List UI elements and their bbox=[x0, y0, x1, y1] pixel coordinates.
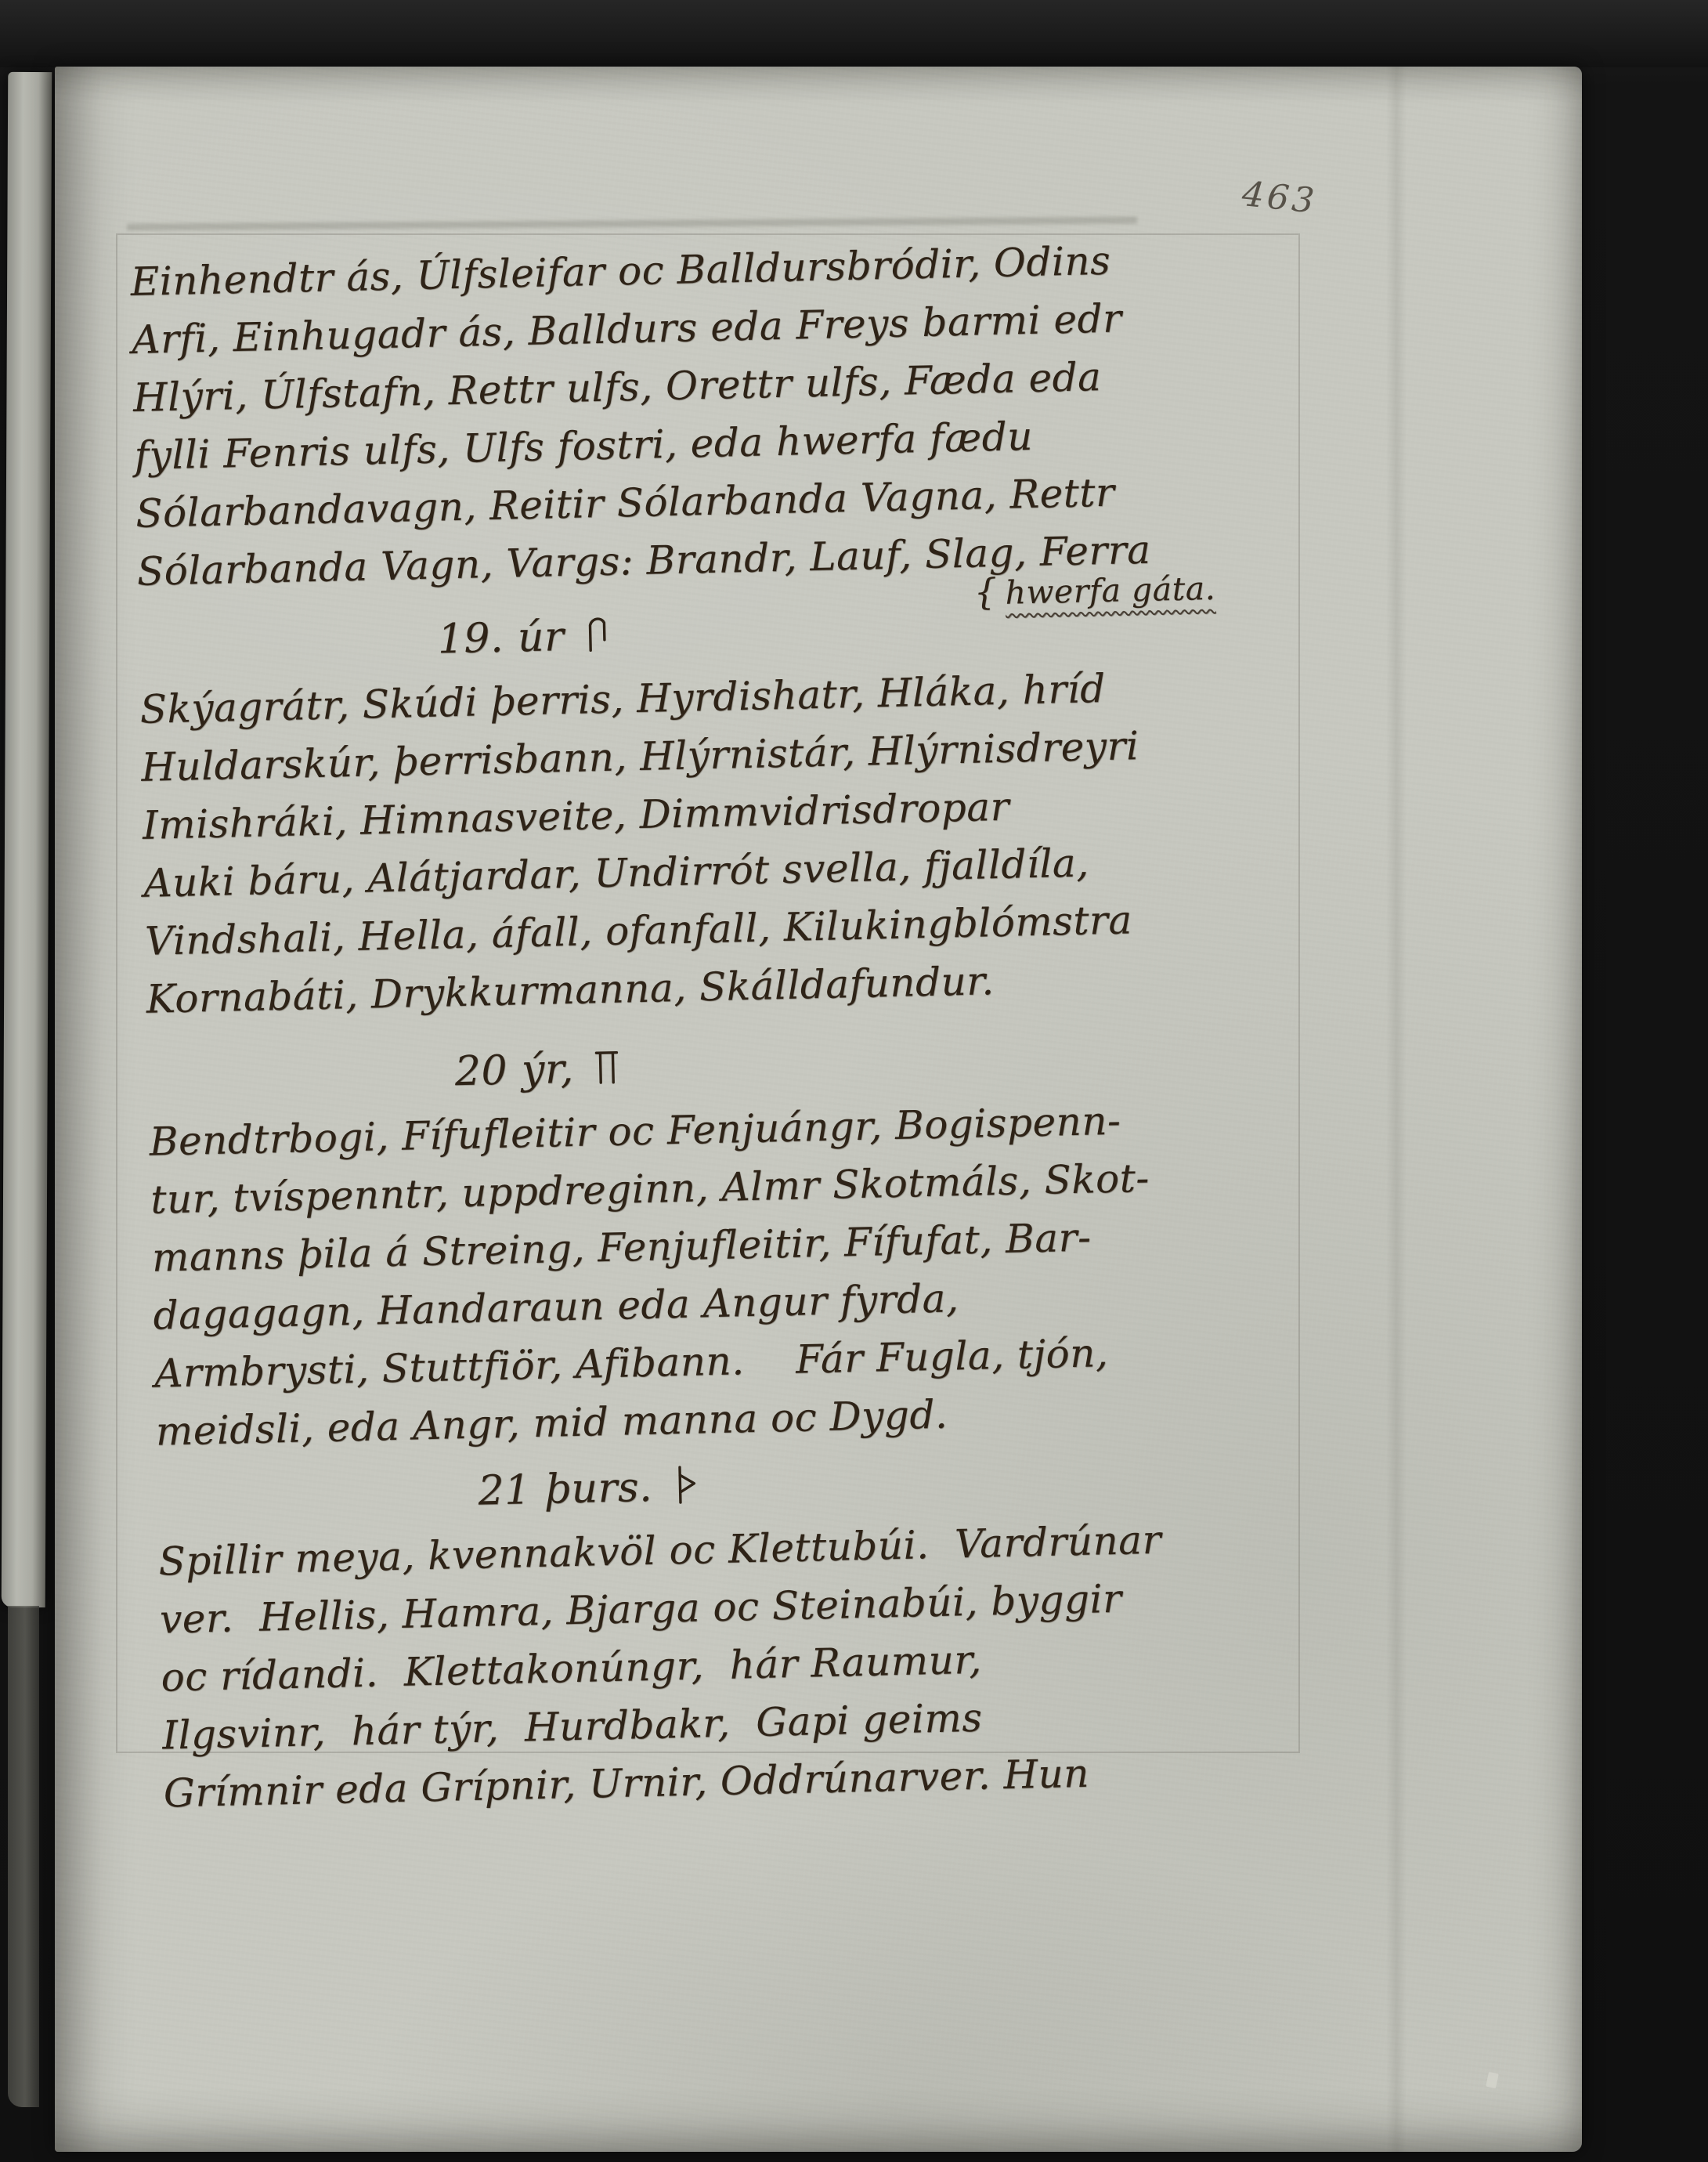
section-rune-name: þurs. bbox=[544, 1464, 653, 1513]
ink-smudge bbox=[127, 216, 1137, 230]
yr-rune-icon bbox=[594, 1047, 619, 1087]
section-rune-name: úr bbox=[517, 613, 565, 661]
section-20-heading: 20ýr, bbox=[454, 1034, 620, 1107]
section-19-heading: 19.úr bbox=[437, 602, 610, 674]
margin-note: {hwerfa gáta. bbox=[973, 563, 1216, 616]
page-number: 463 bbox=[1240, 174, 1320, 222]
section-number: 19. bbox=[437, 615, 504, 663]
photograph-of-manuscript: 463 Einhendtr ás, Úlfsleifar oc Balldurs… bbox=[0, 0, 1708, 2162]
section-rune-name: ýr, bbox=[521, 1046, 574, 1094]
paper-crease bbox=[1386, 67, 1406, 2152]
margin-note-text: hwerfa gáta. bbox=[1005, 569, 1216, 612]
section-number: 21 bbox=[478, 1466, 531, 1514]
section-21-heading: 21þurs. bbox=[478, 1452, 699, 1526]
thurs-rune-icon bbox=[672, 1466, 698, 1506]
facing-page-edge bbox=[2, 72, 52, 1607]
insertion-brace: { bbox=[973, 570, 998, 613]
ur-rune-icon bbox=[584, 615, 610, 655]
scan-background-top bbox=[0, 0, 1708, 67]
section-number: 20 bbox=[454, 1047, 507, 1095]
facing-page-edge-lower bbox=[8, 1606, 39, 2107]
handwritten-text-block: Einhendtr ás, Úlfsleifar oc Balldursbród… bbox=[130, 228, 1299, 1822]
manuscript-page: 463 Einhendtr ás, Úlfsleifar oc Balldurs… bbox=[55, 67, 1582, 2152]
